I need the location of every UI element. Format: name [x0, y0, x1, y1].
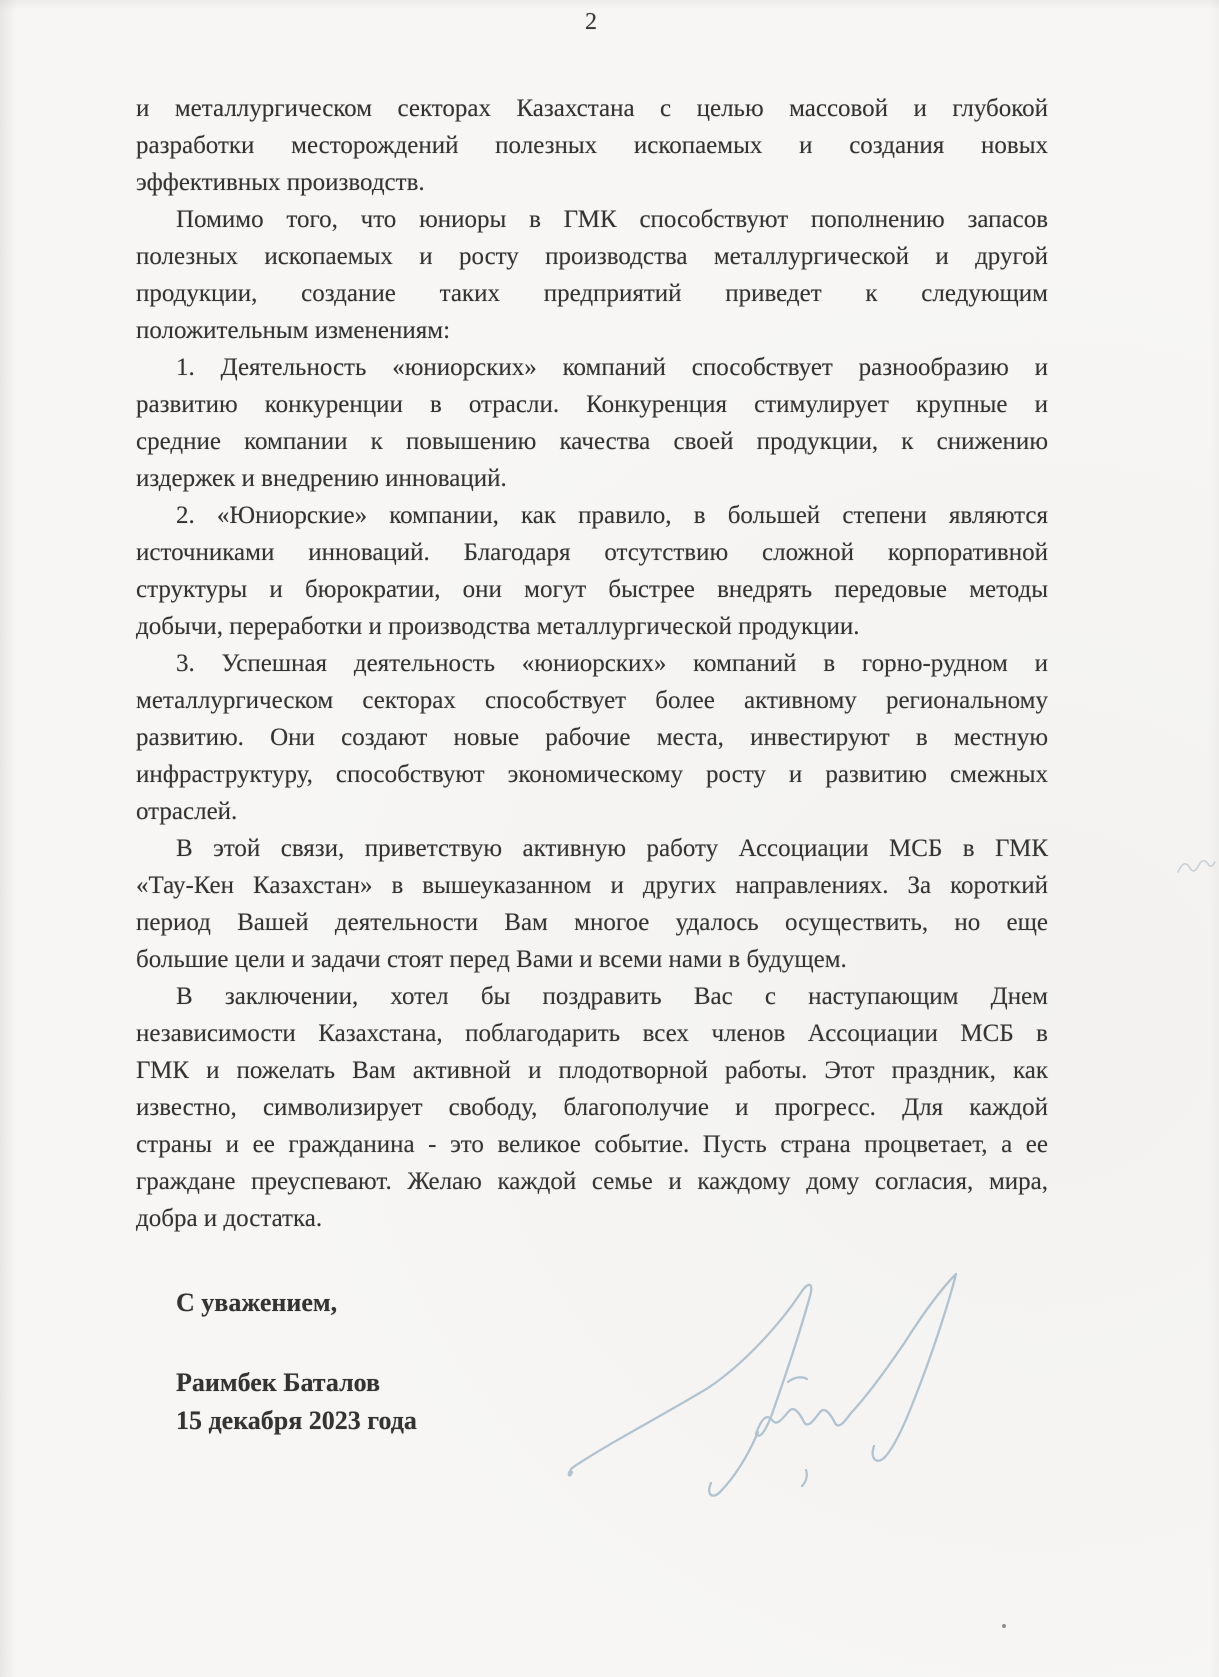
- letter-line: 2. «Юниорские» компании, как правило, в …: [136, 497, 1048, 534]
- letter-line: страны и ее гражданина - это великое соб…: [136, 1126, 1048, 1163]
- letter-line: Помимо того, что юниоры в ГМК способству…: [136, 201, 1048, 238]
- letter-line: эффективных производств.: [136, 164, 1048, 201]
- letter-line: источниками инноваций. Благодаря отсутст…: [136, 534, 1048, 571]
- letter-line: структуры и бюрократии, они могут быстре…: [136, 571, 1048, 608]
- letter-line: и металлургическом секторах Казахстана с…: [136, 90, 1048, 127]
- letter-line: В этой связи, приветствую активную работ…: [136, 830, 1048, 867]
- paragraph: и металлургическом секторах Казахстана с…: [136, 90, 1048, 201]
- letter-line: отраслей.: [136, 793, 1048, 830]
- letter-line: 3. Успешная деятельность «юниорских» ком…: [136, 645, 1048, 682]
- scan-speck: [1002, 1624, 1006, 1628]
- paragraph: В этой связи, приветствую активную работ…: [136, 830, 1048, 978]
- letter-line: добра и достатка.: [136, 1200, 1048, 1237]
- signature-stroke-descender: [709, 1432, 758, 1496]
- page-number: 2: [0, 8, 1182, 36]
- letter-line: известно, символизирует свободу, благопо…: [136, 1089, 1048, 1126]
- letter-body: и металлургическом секторах Казахстана с…: [136, 90, 1048, 1237]
- paragraph: В заключении, хотел бы поздравить Вас с …: [136, 978, 1048, 1237]
- margin-scribble-mark: [1174, 844, 1218, 884]
- closing-block: С уважением, Раимбек Баталов 15 декабря …: [176, 1288, 417, 1440]
- letter-line: 1. Деятельность «юниорских» компаний спо…: [136, 349, 1048, 386]
- letter-line: граждане преуспевают. Желаю каждой семье…: [136, 1163, 1048, 1200]
- letter-line: развитию. Они создают новые рабочие мест…: [136, 719, 1048, 756]
- letter-line: металлургическом секторах способствует б…: [136, 682, 1048, 719]
- letter-line: независимости Казахстана, поблагодарить …: [136, 1015, 1048, 1052]
- letter-line: средние компании к повышению качества св…: [136, 423, 1048, 460]
- letter-line: период Вашей деятельности Вам многое уда…: [136, 904, 1048, 941]
- closing-salutation: С уважением,: [176, 1288, 417, 1318]
- paragraph: 1. Деятельность «юниорских» компаний спо…: [136, 349, 1048, 497]
- letter-line: добычи, переработки и производства метал…: [136, 608, 1048, 645]
- paragraph: Помимо того, что юниоры в ГМК способству…: [136, 201, 1048, 349]
- letter-line: издержек и внедрению инноваций.: [136, 460, 1048, 497]
- letter-line: «Тау-Кен Казахстан» в вышеуказанном и др…: [136, 867, 1048, 904]
- letter-date: 15 декабря 2023 года: [176, 1402, 417, 1440]
- letter-line: большие цели и задачи стоят перед Вами и…: [136, 941, 1048, 978]
- letter-line: положительным изменениям:: [136, 312, 1048, 349]
- scanned-letter-page: 2 и металлургическом секторах Казахстана…: [0, 0, 1219, 1677]
- letter-line: разработки месторождений полезных ископа…: [136, 127, 1048, 164]
- signature-stroke-comma: [802, 1470, 807, 1486]
- handwritten-signature: [556, 1248, 976, 1508]
- letter-line: В заключении, хотел бы поздравить Вас с …: [136, 978, 1048, 1015]
- letter-line: продукции, создание таких предприятий пр…: [136, 275, 1048, 312]
- signer-name: Раимбек Баталов: [176, 1364, 417, 1402]
- letter-line: полезных ископаемых и росту производства…: [136, 238, 1048, 275]
- letter-line: инфраструктуру, способствуют экономическ…: [136, 756, 1048, 793]
- letter-line: развитию конкуренции в отрасли. Конкурен…: [136, 386, 1048, 423]
- signature-stroke-dash: [788, 1377, 807, 1382]
- margin-scribble-stroke: [1178, 861, 1215, 872]
- paragraph: 2. «Юниорские» компании, как правило, в …: [136, 497, 1048, 645]
- paragraph: 3. Успешная деятельность «юниорских» ком…: [136, 645, 1048, 830]
- signature-stroke-main: [569, 1274, 956, 1475]
- letter-line: ГМК и пожелать Вам активной и плодотворн…: [136, 1052, 1048, 1089]
